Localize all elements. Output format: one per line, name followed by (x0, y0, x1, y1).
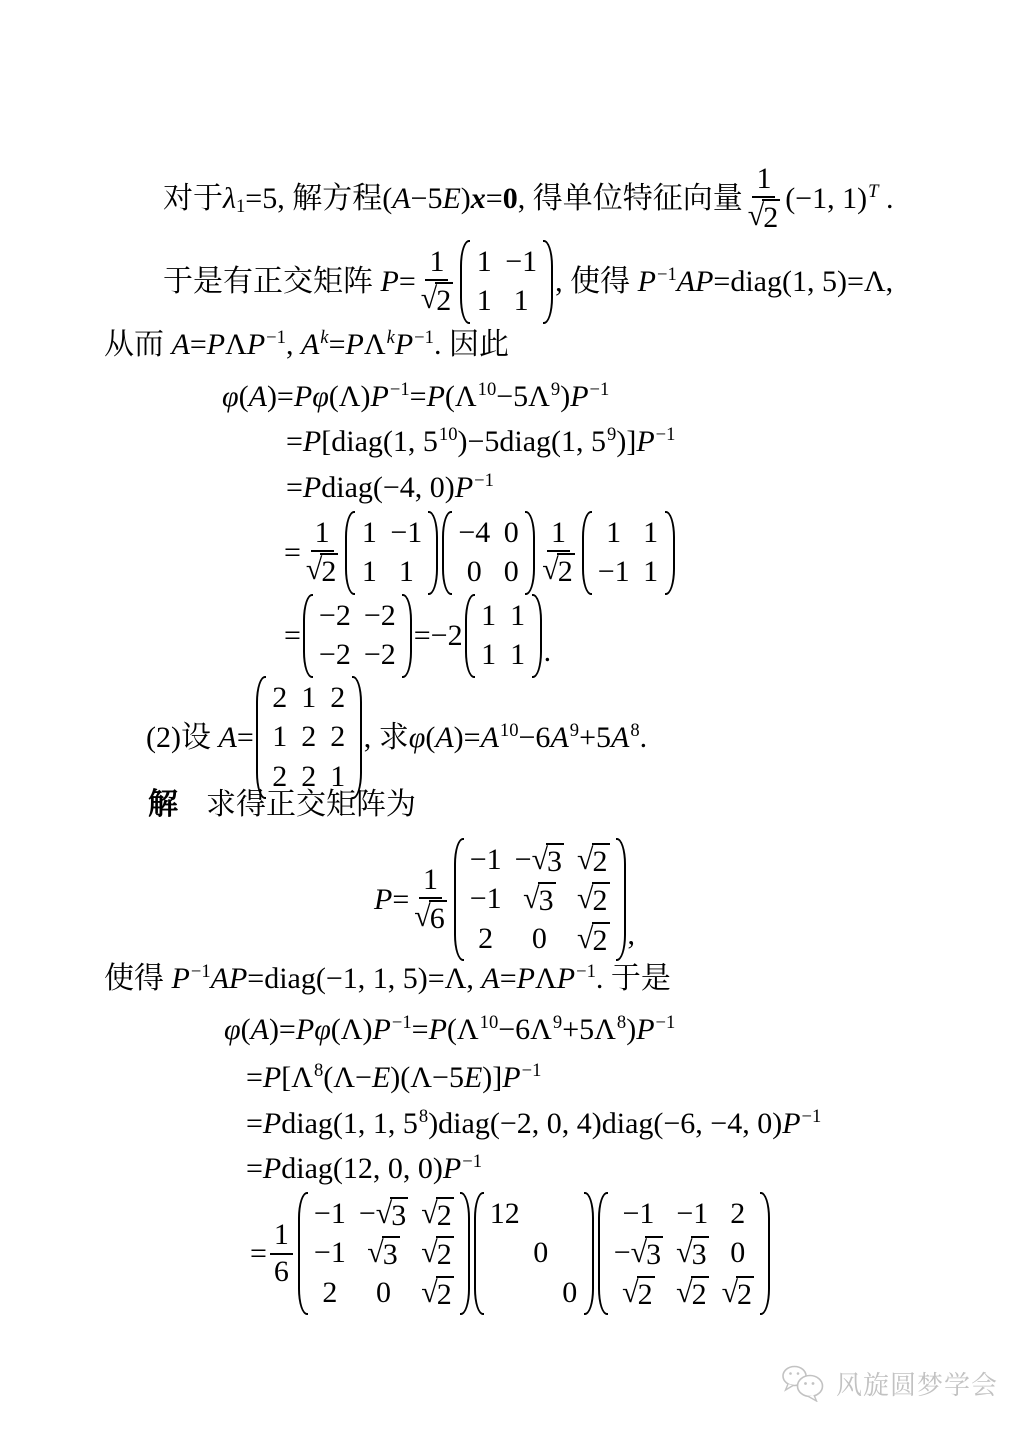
eq1-line4: = 1 √2 1−111 −4000 1 √2 11−11 (284, 511, 677, 595)
matrix: −4000 (442, 511, 535, 595)
fraction-denominator: √2 (419, 281, 455, 318)
matrix-cell: 1 (510, 597, 526, 635)
text-run: P= (374, 882, 409, 918)
text-run: 使得 P−1AP=diag(−1, 1, 5)=Λ, A=PΛP−1. 于是 (104, 962, 671, 995)
matrix-grid: 212122221 (266, 676, 352, 799)
wechat-icon (780, 1364, 826, 1402)
para-diagonalization: 使得 P−1AP=diag(−1, 1, 5)=Λ, A=PΛP−1. 于是 (104, 961, 671, 997)
fraction-numerator: 1 (311, 517, 334, 552)
eq1-line1: φ(A)=Pφ(Λ)P−1=P(Λ10−5Λ9)P−1 (222, 379, 609, 415)
fraction-numerator: 1 (752, 163, 775, 198)
para-solution-label: 解求得正交矩阵为 (148, 787, 416, 823)
matrix-paren (760, 1192, 770, 1315)
matrix-cell: −2 (319, 636, 351, 674)
matrix-cell: −2 (319, 597, 351, 635)
matrix-cell: √3 (676, 1234, 708, 1272)
text-run: 于是有正交矩阵 P= (163, 264, 416, 300)
fraction: 1 √2 (419, 246, 455, 318)
matrix-grid: −1−√3√2−1√3√220√2 (308, 1192, 460, 1315)
matrix-cell: −√3 (515, 841, 564, 879)
matrix-cell: 1 (476, 282, 492, 320)
matrix-cell: 0 (531, 920, 547, 958)
matrix-cell: 12 (490, 1195, 520, 1233)
matrix-cell: −1 (314, 1195, 346, 1233)
matrix-cell: √2 (577, 841, 609, 879)
matrix-cell: 2 (730, 1195, 746, 1233)
matrix-paren (460, 240, 470, 324)
matrix-cell: 2 (301, 718, 317, 756)
fraction-denominator: 6 (272, 1255, 291, 1288)
matrix-cell: √2 (577, 880, 609, 918)
matrix-cell: 0 (466, 553, 482, 591)
matrix-cell: √2 (577, 920, 609, 958)
comma: , (628, 917, 636, 961)
matrix-cell: 1 (643, 553, 659, 591)
matrix: −1−√3√2−1√3√220√2 (454, 838, 626, 961)
matrix-paren (543, 240, 553, 324)
fraction: 1 √6 (412, 864, 448, 936)
equals-sign: = (284, 618, 301, 654)
eq2-line2: =P[Λ8(Λ−E)(Λ−5E)]P−1 (246, 1060, 541, 1096)
matrix-paren (256, 676, 266, 799)
matrix-cell: 1 (481, 636, 497, 674)
matrix-paren (582, 511, 592, 595)
matrix-cell: −1 (622, 1195, 654, 1233)
watermark: 风旋圆梦学会 (780, 1364, 998, 1402)
matrix-cell: −1 (505, 243, 537, 281)
matrix: 1111 (465, 594, 542, 678)
matrix-cell: 0 (503, 514, 519, 552)
matrix-cell: 1 (398, 553, 414, 591)
eq2-line4: =Pdiag(12, 0, 0)P−1 (246, 1151, 482, 1187)
matrix-cell: −2 (364, 597, 396, 635)
matrix-paren (428, 511, 438, 595)
text-run: (−1, 1)T . (785, 181, 893, 217)
matrix-cell: √2 (421, 1195, 453, 1233)
matrix-cell: 1 (301, 679, 317, 717)
equals-sign: = (250, 1236, 267, 1272)
matrix-grid: −1−12−√3√30√2√2√2 (608, 1192, 760, 1315)
matrix-grid: 11−11 (592, 511, 665, 595)
matrix-cell: 2 (478, 920, 494, 958)
matrix-cell: −2 (364, 636, 396, 674)
text-run: =Pdiag(−4, 0)P−1 (286, 471, 494, 504)
para-a-decomposition: 从而 A=PΛP−1, Ak=PΛkP−1. 因此 (104, 327, 509, 363)
matrix-grid: −4000 (452, 511, 525, 595)
matrix-grid: −1−√3√2−1√3√220√2 (464, 838, 616, 961)
equals-sign: = (284, 535, 301, 571)
matrix-paren (598, 1192, 608, 1315)
eq2-line1: φ(A)=Pφ(Λ)P−1=P(Λ10−6Λ9+5Λ8)P−1 (224, 1012, 675, 1048)
matrix-paren (345, 511, 355, 595)
matrix: 1200 (474, 1192, 594, 1315)
matrix-paren (303, 594, 313, 678)
matrix: −2−2−2−2 (303, 594, 412, 678)
matrix-cell: √3 (367, 1234, 399, 1272)
matrix-cell: 0 (562, 1274, 578, 1312)
fraction: 1 6 (270, 1219, 293, 1288)
matrix-paren (460, 1192, 470, 1315)
matrix-cell: −1 (470, 841, 502, 879)
matrix-cell: −√3 (359, 1195, 408, 1233)
matrix-cell: √2 (421, 1274, 453, 1312)
text-run: , 使得 P−1AP=diag(1, 5)=Λ, (555, 264, 893, 300)
fraction: 1 √2 (746, 163, 782, 235)
matrix-paren (465, 594, 475, 678)
matrix-cell: 0 (533, 1234, 549, 1272)
matrix-paren (665, 511, 675, 595)
matrix-grid: 1111 (475, 594, 532, 678)
matrix-cell: −1 (314, 1234, 346, 1272)
matrix-grid: −2−2−2−2 (313, 594, 402, 678)
matrix-cell: √2 (722, 1274, 754, 1312)
matrix-cell: −1 (470, 880, 502, 918)
matrix-cell: 0 (503, 553, 519, 591)
matrix-cell: −√3 (614, 1234, 663, 1272)
fraction-numerator: 1 (419, 864, 442, 899)
matrix-cell: √2 (676, 1274, 708, 1312)
text-run: , 求φ(A)=A10−6A9+5A8. (364, 720, 647, 756)
eq2-line3: =Pdiag(1, 1, 58)diag(−2, 0, 4)diag(−6, −… (246, 1106, 821, 1142)
matrix-paren (402, 594, 412, 678)
matrix-cell: √3 (523, 880, 555, 918)
matrix-cell: √2 (421, 1234, 453, 1272)
text-run: φ(A)=Pφ(Λ)P−1=P(Λ10−6Λ9+5Λ8)P−1 (224, 1013, 675, 1046)
matrix-cell: 1 (476, 243, 492, 281)
matrix-cell: 1 (643, 514, 659, 552)
solution-label: 解 (148, 788, 178, 821)
fraction-denominator: √6 (412, 899, 448, 936)
text-run: 求得正交矩阵为 (206, 788, 416, 821)
text-run: =Pdiag(12, 0, 0)P−1 (246, 1152, 482, 1185)
matrix-grid: 1−111 (470, 240, 543, 324)
matrix-cell: 1 (361, 553, 377, 591)
fraction-denominator: √2 (540, 552, 576, 589)
matrix-cell: 2 (330, 718, 346, 756)
text-run: =P[diag(1, 510)−5diag(1, 59)]P−1 (286, 425, 675, 458)
matrix-paren (584, 1192, 594, 1315)
fraction-denominator: √2 (746, 198, 782, 235)
matrix-paren (454, 838, 464, 961)
matrix-paren (442, 511, 452, 595)
matrix-paren (525, 511, 535, 595)
matrix-grid: 1−111 (355, 511, 428, 595)
matrix: −1−12−√3√30√2√2√2 (598, 1192, 770, 1315)
matrix-cell: 2 (322, 1274, 338, 1312)
watermark-text: 风旋圆梦学会 (836, 1365, 998, 1402)
eq2-line5: = 1 6 −1−√3√2−1√3√220√2 1200 −1−12−√3√30… (250, 1192, 772, 1315)
text-run: =P[Λ8(Λ−E)(Λ−5E)]P−1 (246, 1061, 541, 1094)
matrix: 212122221 (256, 676, 362, 799)
fraction-denominator: √2 (304, 552, 340, 589)
matrix-paren (532, 594, 542, 678)
fraction-numerator: 1 (547, 517, 570, 552)
fraction: 1 √2 (304, 517, 340, 589)
matrix-cell: 1 (606, 514, 622, 552)
para-unit-eigenvector: 对于λ1=5, 解方程(A−5E)x=0, 得单位特征向量 1 √2 (−1, … (163, 163, 893, 235)
matrix-paren (298, 1192, 308, 1315)
matrix-cell: 1 (361, 514, 377, 552)
matrix-paren (352, 676, 362, 799)
period: . (544, 634, 552, 678)
matrix-cell: 1 (272, 718, 288, 756)
matrix-cell: 1 (513, 282, 529, 320)
matrix-cell: −1 (598, 553, 630, 591)
document-page: { "page": { "background": "#ffffff", "te… (0, 0, 1011, 1431)
matrix-paren (474, 1192, 484, 1315)
matrix-paren (616, 838, 626, 961)
matrix-cell: −1 (676, 1195, 708, 1233)
matrix: 11−11 (582, 511, 675, 595)
eq-orthogonal-matrix-p: P= 1 √6 −1−√3√2−1√3√220√2 , (374, 838, 635, 961)
text-run: 从而 A=PΛP−1, Ak=PΛkP−1. 因此 (104, 328, 509, 361)
matrix: 1−111 (345, 511, 438, 595)
eq1-line2: =P[diag(1, 510)−5diag(1, 59)]P−1 (286, 424, 675, 460)
eq1-line5: = −2−2−2−2 =−2 1111 . (284, 594, 551, 678)
para-problem-2: (2)设 A= 212122221 , 求φ(A)=A10−6A9+5A8. (146, 676, 647, 799)
matrix-cell: √2 (622, 1274, 654, 1312)
matrix: 1−111 (460, 240, 553, 324)
matrix: −1−√3√2−1√3√220√2 (298, 1192, 470, 1315)
matrix-cell: 1 (481, 597, 497, 635)
matrix-cell: 2 (272, 679, 288, 717)
fraction: 1 √2 (540, 517, 576, 589)
matrix-cell: 1 (510, 636, 526, 674)
fraction-numerator: 1 (270, 1219, 293, 1254)
matrix-cell: −1 (390, 514, 422, 552)
text-run: =−2 (414, 618, 463, 654)
matrix-cell: −4 (458, 514, 490, 552)
para-orthogonal-matrix-2x2: 于是有正交矩阵 P= 1 √2 1−111 , 使得 P−1AP=diag(1,… (163, 240, 893, 324)
text-run: 对于λ1=5, 解方程(A−5E)x=0, 得单位特征向量 (163, 181, 743, 217)
matrix-cell: 0 (376, 1274, 392, 1312)
matrix-cell: 2 (330, 679, 346, 717)
text-run: (2)设 A= (146, 720, 254, 756)
matrix-cell: 0 (730, 1234, 746, 1272)
fraction-numerator: 1 (425, 246, 448, 281)
text-run: =Pdiag(1, 1, 58)diag(−2, 0, 4)diag(−6, −… (246, 1107, 821, 1140)
matrix-grid: 1200 (484, 1192, 584, 1315)
text-run: φ(A)=Pφ(Λ)P−1=P(Λ10−5Λ9)P−1 (222, 380, 609, 413)
eq1-line3: =Pdiag(−4, 0)P−1 (286, 470, 494, 506)
